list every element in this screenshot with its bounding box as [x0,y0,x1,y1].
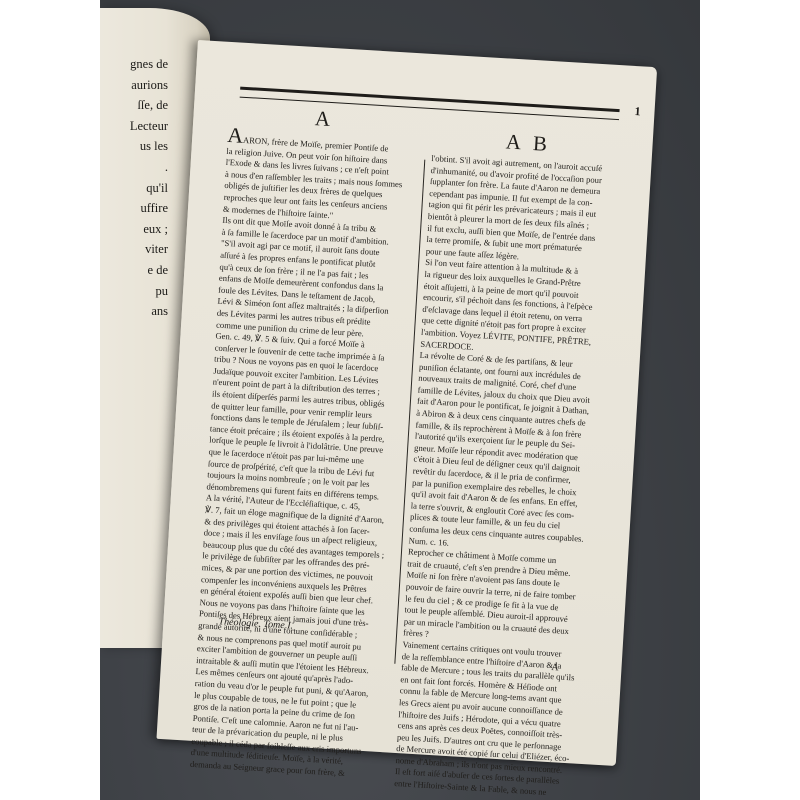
signature-mark: A [551,662,559,673]
photo-background: gnes deaurionsſſe, deLecteurus les.qu'il… [100,0,700,800]
text-line: uffire [100,198,168,219]
right-column: A B l'obtint. S'il avoit agi autrement, … [394,114,626,800]
text-line: e de [100,260,168,281]
text-line: gnes de [100,54,168,75]
drop-cap: A [227,128,244,148]
text-line: pu [100,281,168,302]
right-page: 1 A AARON, frère de Moïſe, premier Ponti… [156,40,657,766]
text-line: eux ; [100,219,168,240]
text-line: viter [100,239,168,260]
text-line: . [100,157,168,178]
text-line: qu'il [100,178,168,199]
page-number: 1 [634,104,641,119]
text-line: ſſe, de [100,95,168,116]
text-line: ans [100,301,168,322]
left-column-text: AARON, frère de Moïſe, premier Pontiſe d… [190,128,420,782]
text-line: aurions [100,75,168,96]
right-column-text: l'obtint. S'il avoit agi autrement, on l… [394,153,623,800]
left-page-text-fragment: gnes deaurionsſſe, deLecteurus les.qu'il… [100,54,168,322]
left-column: A AARON, frère de Moïſe, premier Pontiſe… [190,102,421,782]
text-line: us les [100,136,168,157]
text-line: Lecteur [100,116,168,137]
